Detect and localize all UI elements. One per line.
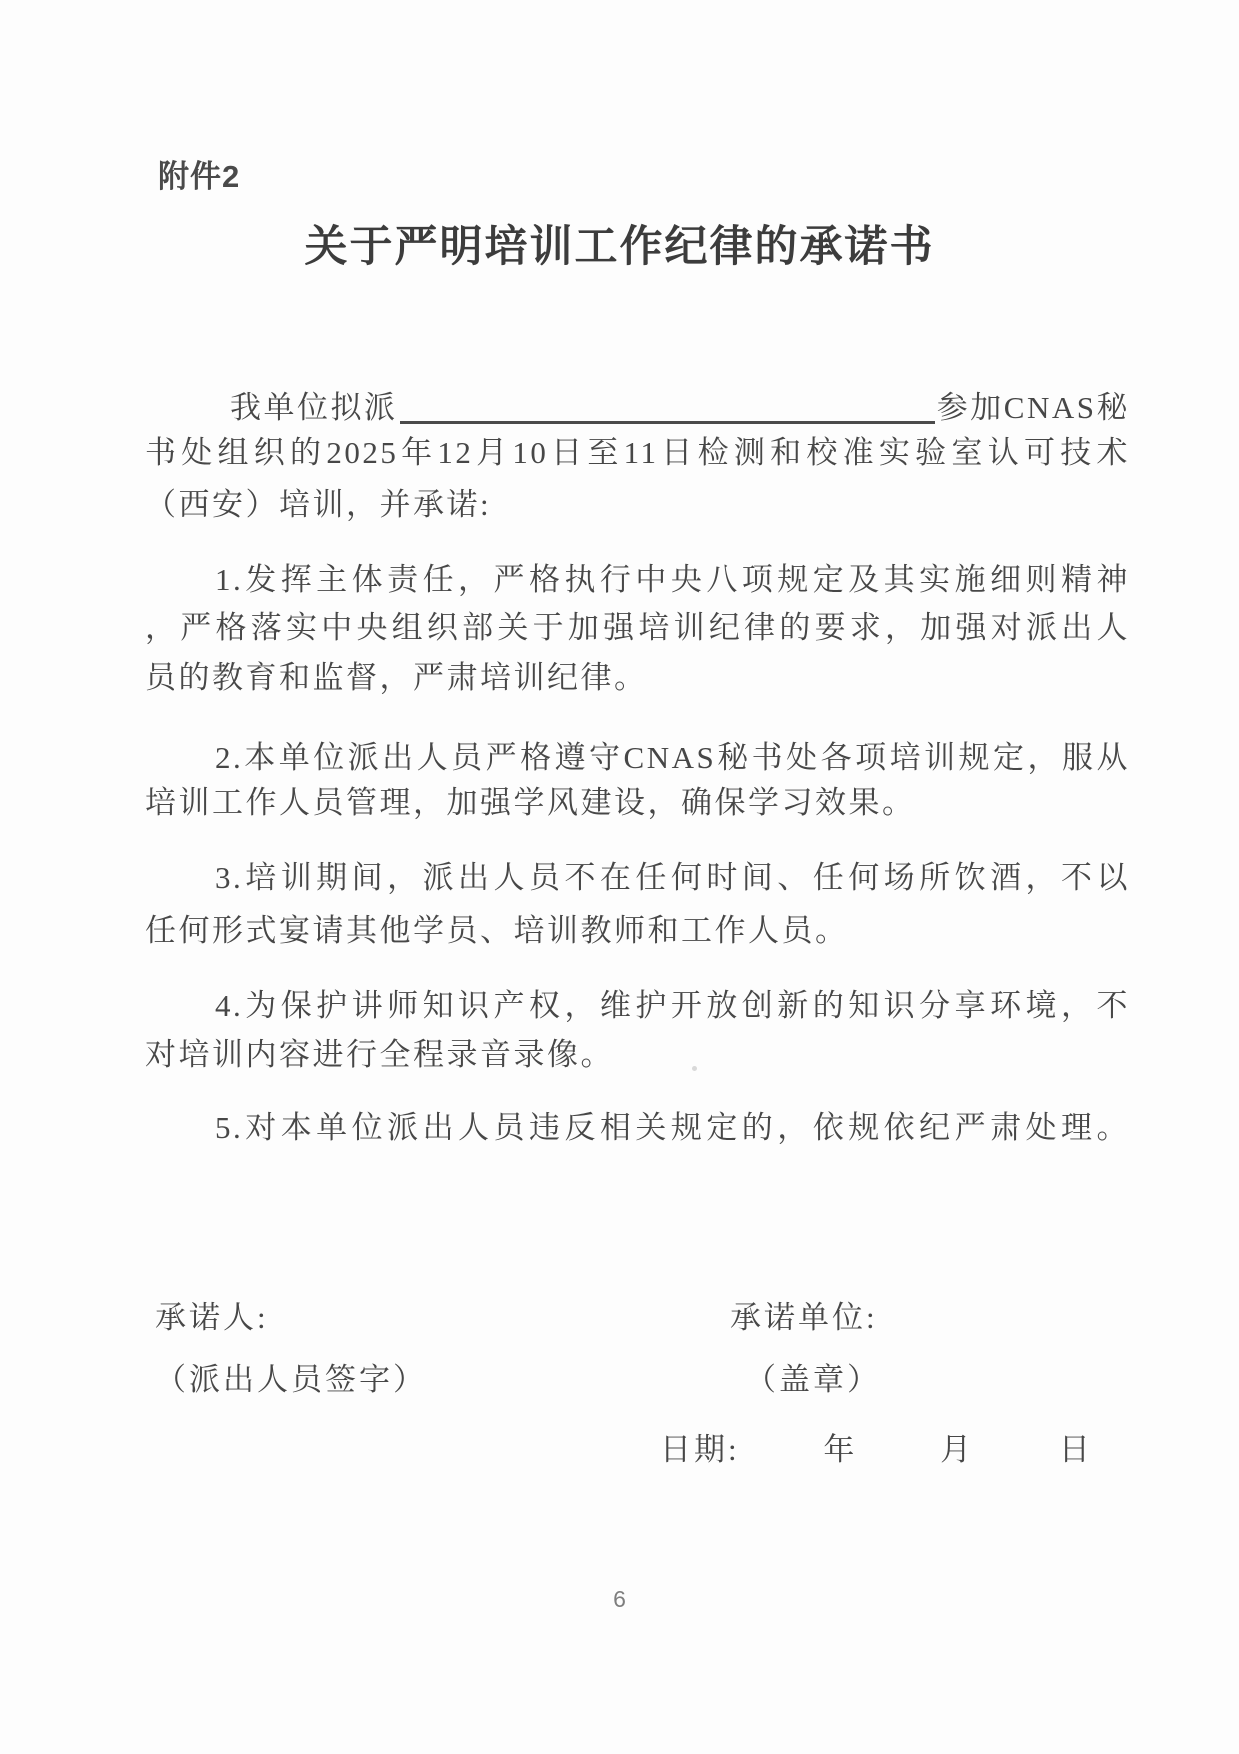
- date-month-label: 月: [940, 1429, 974, 1471]
- date-line: 日期: 年 月 日: [660, 1429, 1093, 1471]
- attachment-label: 附件2: [158, 156, 240, 198]
- scan-speck: [692, 1066, 697, 1071]
- intro-line-3: （西安）培训，并承诺:: [145, 484, 1130, 526]
- commitment-1-line-1: 1.发挥主体责任，严格执行中央八项规定及其实施细则精神: [145, 559, 1130, 601]
- unit-seal-note: （盖章）: [745, 1359, 881, 1401]
- date-year-label: 年: [823, 1429, 857, 1471]
- promisor-label: 承诺人:: [155, 1297, 269, 1339]
- commitment-3-line-2: 任何形式宴请其他学员、培训教师和工作人员。: [145, 910, 1130, 952]
- commitment-2-line-1: 2.本单位派出人员严格遵守CNAS秘书处各项培训规定，服从: [145, 737, 1130, 779]
- commitment-1-line-2: ，严格落实中央组织部关于加强培训纪律的要求，加强对派出人: [145, 607, 1130, 649]
- intro-line-1-suffix: 参加CNAS秘: [937, 387, 1130, 429]
- commitment-1-line-3: 员的教育和监督，严肃培训纪律。: [145, 657, 1130, 699]
- commitment-2-line-2: 培训工作人员管理，加强学风建设，确保学习效果。: [145, 782, 1130, 824]
- promisor-sign-note: （派出人员签字）: [155, 1359, 427, 1401]
- page-number: 6: [0, 1584, 1239, 1614]
- unit-name-prefix: 我单位拟派: [230, 387, 398, 429]
- unit-label: 承诺单位:: [730, 1297, 878, 1339]
- date-label: 日期:: [660, 1429, 740, 1471]
- intro-line-2: 书处组织的2025年12月10日至11日检测和校准实验室认可技术: [145, 432, 1130, 474]
- document-page: 附件2 关于严明培训工作纪律的承诺书 我单位拟派 参加CNAS秘 书处组织的20…: [0, 0, 1239, 1754]
- date-day-label: 日: [1059, 1429, 1093, 1471]
- commitment-4-line-2: 对培训内容进行全程录音录像。: [145, 1034, 1130, 1076]
- document-title: 关于严明培训工作纪律的承诺书: [0, 218, 1239, 278]
- commitment-3-line-1: 3.培训期间，派出人员不在任何时间、任何场所饮酒，不以: [145, 857, 1130, 899]
- commitment-5-line-1: 5.对本单位派出人员违反相关规定的，依规依纪严肃处理。: [145, 1107, 1130, 1149]
- commitment-4-line-1: 4.为保护讲师知识产权，维护开放创新的知识分享环境，不: [145, 985, 1130, 1027]
- unit-name-blank-line: [400, 421, 935, 424]
- intro-line-1: 我单位拟派 参加CNAS秘: [145, 387, 1130, 429]
